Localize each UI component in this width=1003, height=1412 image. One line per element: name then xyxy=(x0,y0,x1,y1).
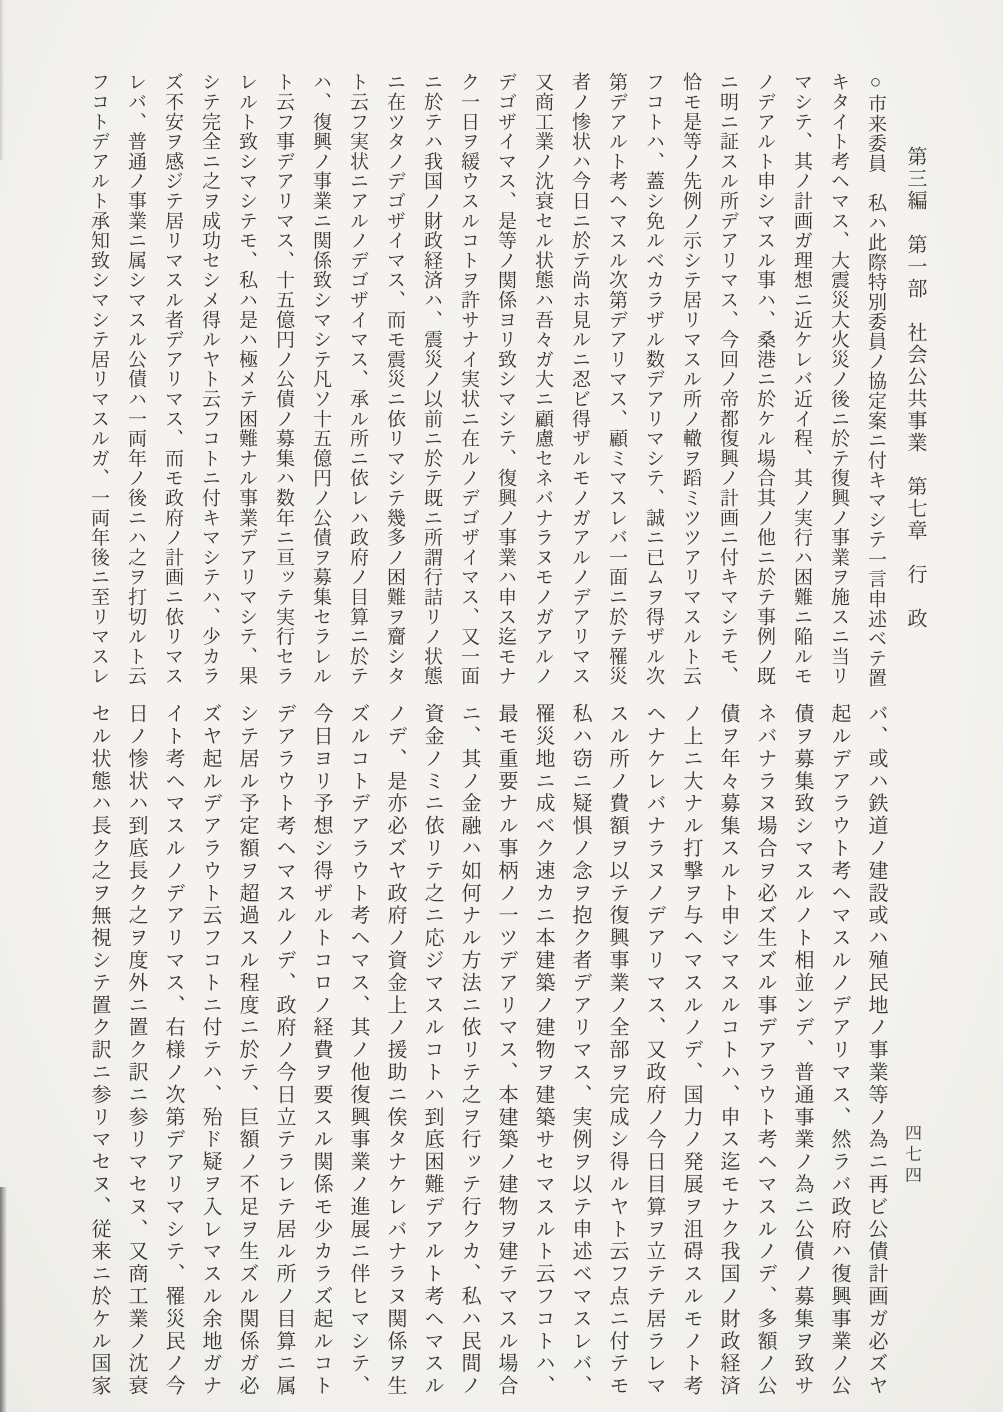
text-column: ク一日ヲ緩ウスルコトヲ許サナイ実状ニ在ルノデゴザイマス、又一面 xyxy=(450,72,487,688)
text-column: レルト致シマシテモ、私ハ是ハ極メテ困難ナル事業デアリマシテ、果 xyxy=(228,72,265,688)
text-column: レバ、普通ノ事業ニ属シマスル公債ハ一両年ノ後ニハ之ヲ打切ルト云 xyxy=(117,72,154,688)
text-column: 罹災地ニ成ベク速カニ本建築ノ建物ヲ建築サセマスルト云フコトハ、 xyxy=(524,703,561,1397)
text-column: フコトハ、蓋シ免ルベカラザル数デアリマシテ、誠ニ已ムヲ得ザル次 xyxy=(635,72,672,688)
text-column: ズヤ起ルデアラウト云フコトニ付テハ、殆ド疑ヲ入レマスル余地ガナ xyxy=(191,703,228,1397)
text-column: ハ、復興ノ事業ニ関係致シマシテ凡ソ十五億円ノ公債ヲ募集セラレル xyxy=(302,72,339,688)
text-column: デゴザイマス、是等ノ関係ヨリ致シマシテ、復興ノ事業ハ申ス迄モナ xyxy=(487,72,524,688)
scan-edge-shadow-top xyxy=(0,0,4,160)
text-column: 債ヲ募集致シマスルノト相並ンデ、普通事業ノ為ニ公債ノ募集ヲ致サ xyxy=(783,703,820,1397)
text-column: ノデアルト申シマスル事ハ、桑港ニ於ケル場合其ノ他ニ於テ事例ノ既 xyxy=(746,72,783,688)
text-column: ノデ、是亦必ズヤ政府ノ資金上ノ援助ニ俟タナケレバナラヌ関係ヲ生 xyxy=(376,703,413,1397)
text-column: 日ノ惨状ハ到底長ク之ヲ度外ニ置ク訳ニ参リマセヌ、又商工業ノ沈衰 xyxy=(117,703,154,1397)
text-column: 第デアルト考ヘマスル次第デアリマス、顧ミマスレバ一面ニ於テ罹災 xyxy=(598,72,635,688)
text-column: デアラウト考ヘマスルノデ、政府ノ今日立テラレテ居ル所ノ目算ニ属 xyxy=(265,703,302,1397)
text-column: フコトデアルト承知致シマシテ居リマスルガ、一両年後ニ至リマスレ xyxy=(80,72,117,688)
text-column: バ、或ハ鉄道ノ建設或ハ殖民地ノ事業等ノ為ニ再ビ公債計画ガ必ズヤ xyxy=(857,703,894,1397)
text-column: 起ルデアラウト考ヘマスルノデアリマス、然ラバ政府ハ復興事業ノ公 xyxy=(820,703,857,1397)
text-column: 資金ノミニ依リテ之ニ応ジマスルコトハ到底困難デアルト考ヘマスル xyxy=(413,703,450,1397)
text-column: 者ノ惨状ハ今日ニ於テ尚ホ見ルニ忍ビ得ザルモノガアルノデアリマス xyxy=(561,72,598,688)
text-column: 恰モ是等ノ先例ノ示シテ居リマスル所ノ轍ヲ蹈ミツツアリマスルト云 xyxy=(672,72,709,688)
text-column: ネバナラヌ場合ヲ必ズ生ズル事デアラウト考ヘマスルノデ、多額ノ公 xyxy=(746,703,783,1397)
text-column: キタイト考ヘマス、大震災大火災ノ後ニ於テ復興ノ事業ヲ施スニ当リ xyxy=(820,72,857,688)
document-page: 第三編 第一部 社会公共事業 第七章 行 政 ○市来委員 私ハ此際特別委員ノ協定… xyxy=(0,0,1003,1412)
text-column: ニ於テハ我国ノ財政経済ハ、震災ノ以前ニ於テ既ニ所謂行詰リノ状態 xyxy=(413,72,450,688)
text-column: スル所ノ費額ヲ以テ復興事業ノ全部ヲ完成シ得ルヤト云フ点ニ付テモ xyxy=(598,703,635,1397)
text-column: ヘナケレバナラヌノデアリマス、又政府ノ今日目算ヲ立テテ居ラレマ xyxy=(635,703,672,1397)
chapter-header: 第三編 第一部 社会公共事業 第七章 行 政 xyxy=(901,146,930,630)
text-column: 債ヲ年々募集スルト申シマスルコトハ、申ス迄モナク我国ノ財政経済 xyxy=(709,703,746,1397)
bottom-text-block: バ、或ハ鉄道ノ建設或ハ殖民地ノ事業等ノ為ニ再ビ公債計画ガ必ズヤ起ルデアラウト考ヘ… xyxy=(80,703,894,1397)
text-column: ニ、其ノ金融ハ如何ナル方法ニ依リテ之ヲ行ッテ行クカ、私ハ民間ノ xyxy=(450,703,487,1397)
text-column: ズルコトデアラウト考ヘマス、其ノ他復興事業ノ進展ニ伴ヒマシテ、 xyxy=(339,703,376,1397)
text-column: 最モ重要ナル事柄ノ一ツデアリマス、本建築ノ建物ヲ建テマスル場合 xyxy=(487,703,524,1397)
text-column: ト云フ事デアリマス、十五億円ノ公債ノ募集ハ数年ニ亘ッテ実行セラ xyxy=(265,72,302,688)
text-column: 又商工業ノ沈衰セル状態ハ吾々ガ大ニ顧慮セネバナラヌモノガアルノ xyxy=(524,72,561,688)
text-column: シテ居ル予定額ヲ超過スル程度ニ於テ、巨額ノ不足ヲ生ズル関係ガ必 xyxy=(228,703,265,1397)
text-column: マシテ、其ノ計画ガ理想ニ近ケレバ近イ程、其ノ実行ハ困難ニ陥ルモ xyxy=(783,72,820,688)
text-column: ト云フ実状ニアルノデゴザイマス、承ル所ニ依レハ政府ノ目算ニ於テ xyxy=(339,72,376,688)
text-column: ニ在ツタノデゴザイマス、而モ震災ニ依リマシテ幾多ノ困難ヲ齎シタ xyxy=(376,72,413,688)
top-text-block: ○市来委員 私ハ此際特別委員ノ協定案ニ付キマシテ一言申述ベテ置キタイト考ヘマス、… xyxy=(80,72,894,688)
text-column: イト考ヘマスルノデアリマス、右様ノ次第デアリマシテ、罹災民ノ今 xyxy=(154,703,191,1397)
text-column: ○市来委員 私ハ此際特別委員ノ協定案ニ付キマシテ一言申述ベテ置 xyxy=(857,72,894,688)
scan-edge-shadow xyxy=(0,1187,7,1412)
text-column: ノ上ニ大ナル打撃ヲ与ヘマスルノデ、国力ノ発展ヲ沮碍スルモノト考 xyxy=(672,703,709,1397)
page-number: 四七四 xyxy=(899,1124,924,1187)
text-column: 私ハ窃ニ疑惧ノ念ヲ抱ク者デアリマス、実例ヲ以テ申述ベマスレバ、 xyxy=(561,703,598,1397)
text-column: セル状態ハ長ク之ヲ無視シテ置ク訳ニ参リマセヌ、従来ニ於ケル国家 xyxy=(80,703,117,1397)
text-column: 今日ヨリ予想シ得ザルトコロノ経費ヲ要スル関係モ少カラズ起ルコト xyxy=(302,703,339,1397)
text-column: シテ完全ニ之ヲ成功セシメ得ルヤト云フコトニ付キマシテハ、少カラ xyxy=(191,72,228,688)
text-column: ニ明ニ証スル所デアリマス、今回ノ帝都復興ノ計画ニ付キマシテモ、 xyxy=(709,72,746,688)
text-column: ズ不安ヲ感ジテ居リマスル者デアリマス、而モ政府ノ計画ニ依リマス xyxy=(154,72,191,688)
